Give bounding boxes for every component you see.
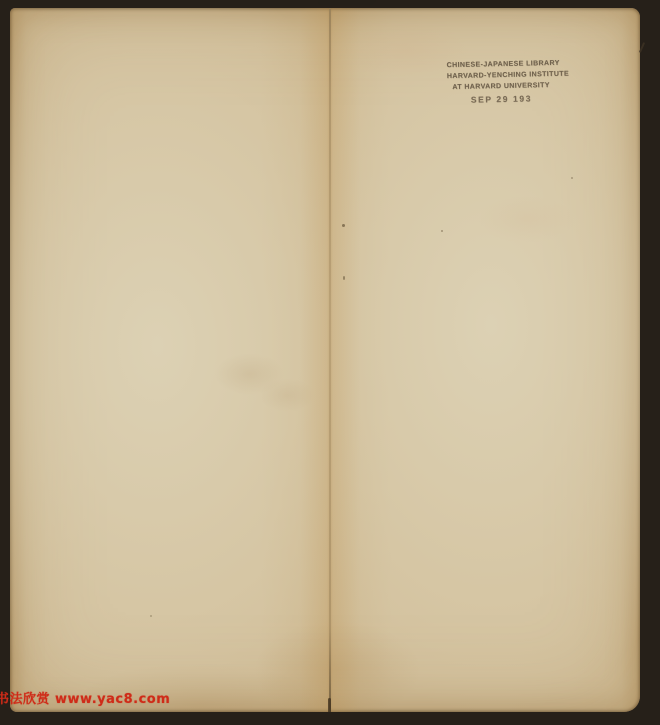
center-fold-line bbox=[329, 8, 331, 712]
right-page bbox=[330, 8, 640, 712]
watermark-text: 书法欣赏 www.yac8.com bbox=[0, 692, 170, 708]
foxing-spot bbox=[150, 615, 152, 617]
library-stamp: CHINESE-JAPANESE LIBRARY HARVARD-YENCHIN… bbox=[447, 58, 556, 106]
foxing-spot bbox=[342, 224, 345, 227]
left-page bbox=[10, 8, 330, 712]
book-spread bbox=[10, 8, 640, 712]
foxing-spot bbox=[571, 177, 573, 179]
fold-top-notch bbox=[318, 0, 376, 5]
stamp-line-3: AT HARVARD UNIVERSITY bbox=[447, 80, 555, 93]
foxing-spot bbox=[343, 276, 345, 280]
fold-bottom-mark bbox=[328, 698, 331, 712]
book-scan: CHINESE-JAPANESE LIBRARY HARVARD-YENCHIN… bbox=[0, 0, 660, 725]
stamp-date: SEP 29 193 bbox=[447, 92, 555, 106]
foxing-spot bbox=[441, 230, 443, 232]
